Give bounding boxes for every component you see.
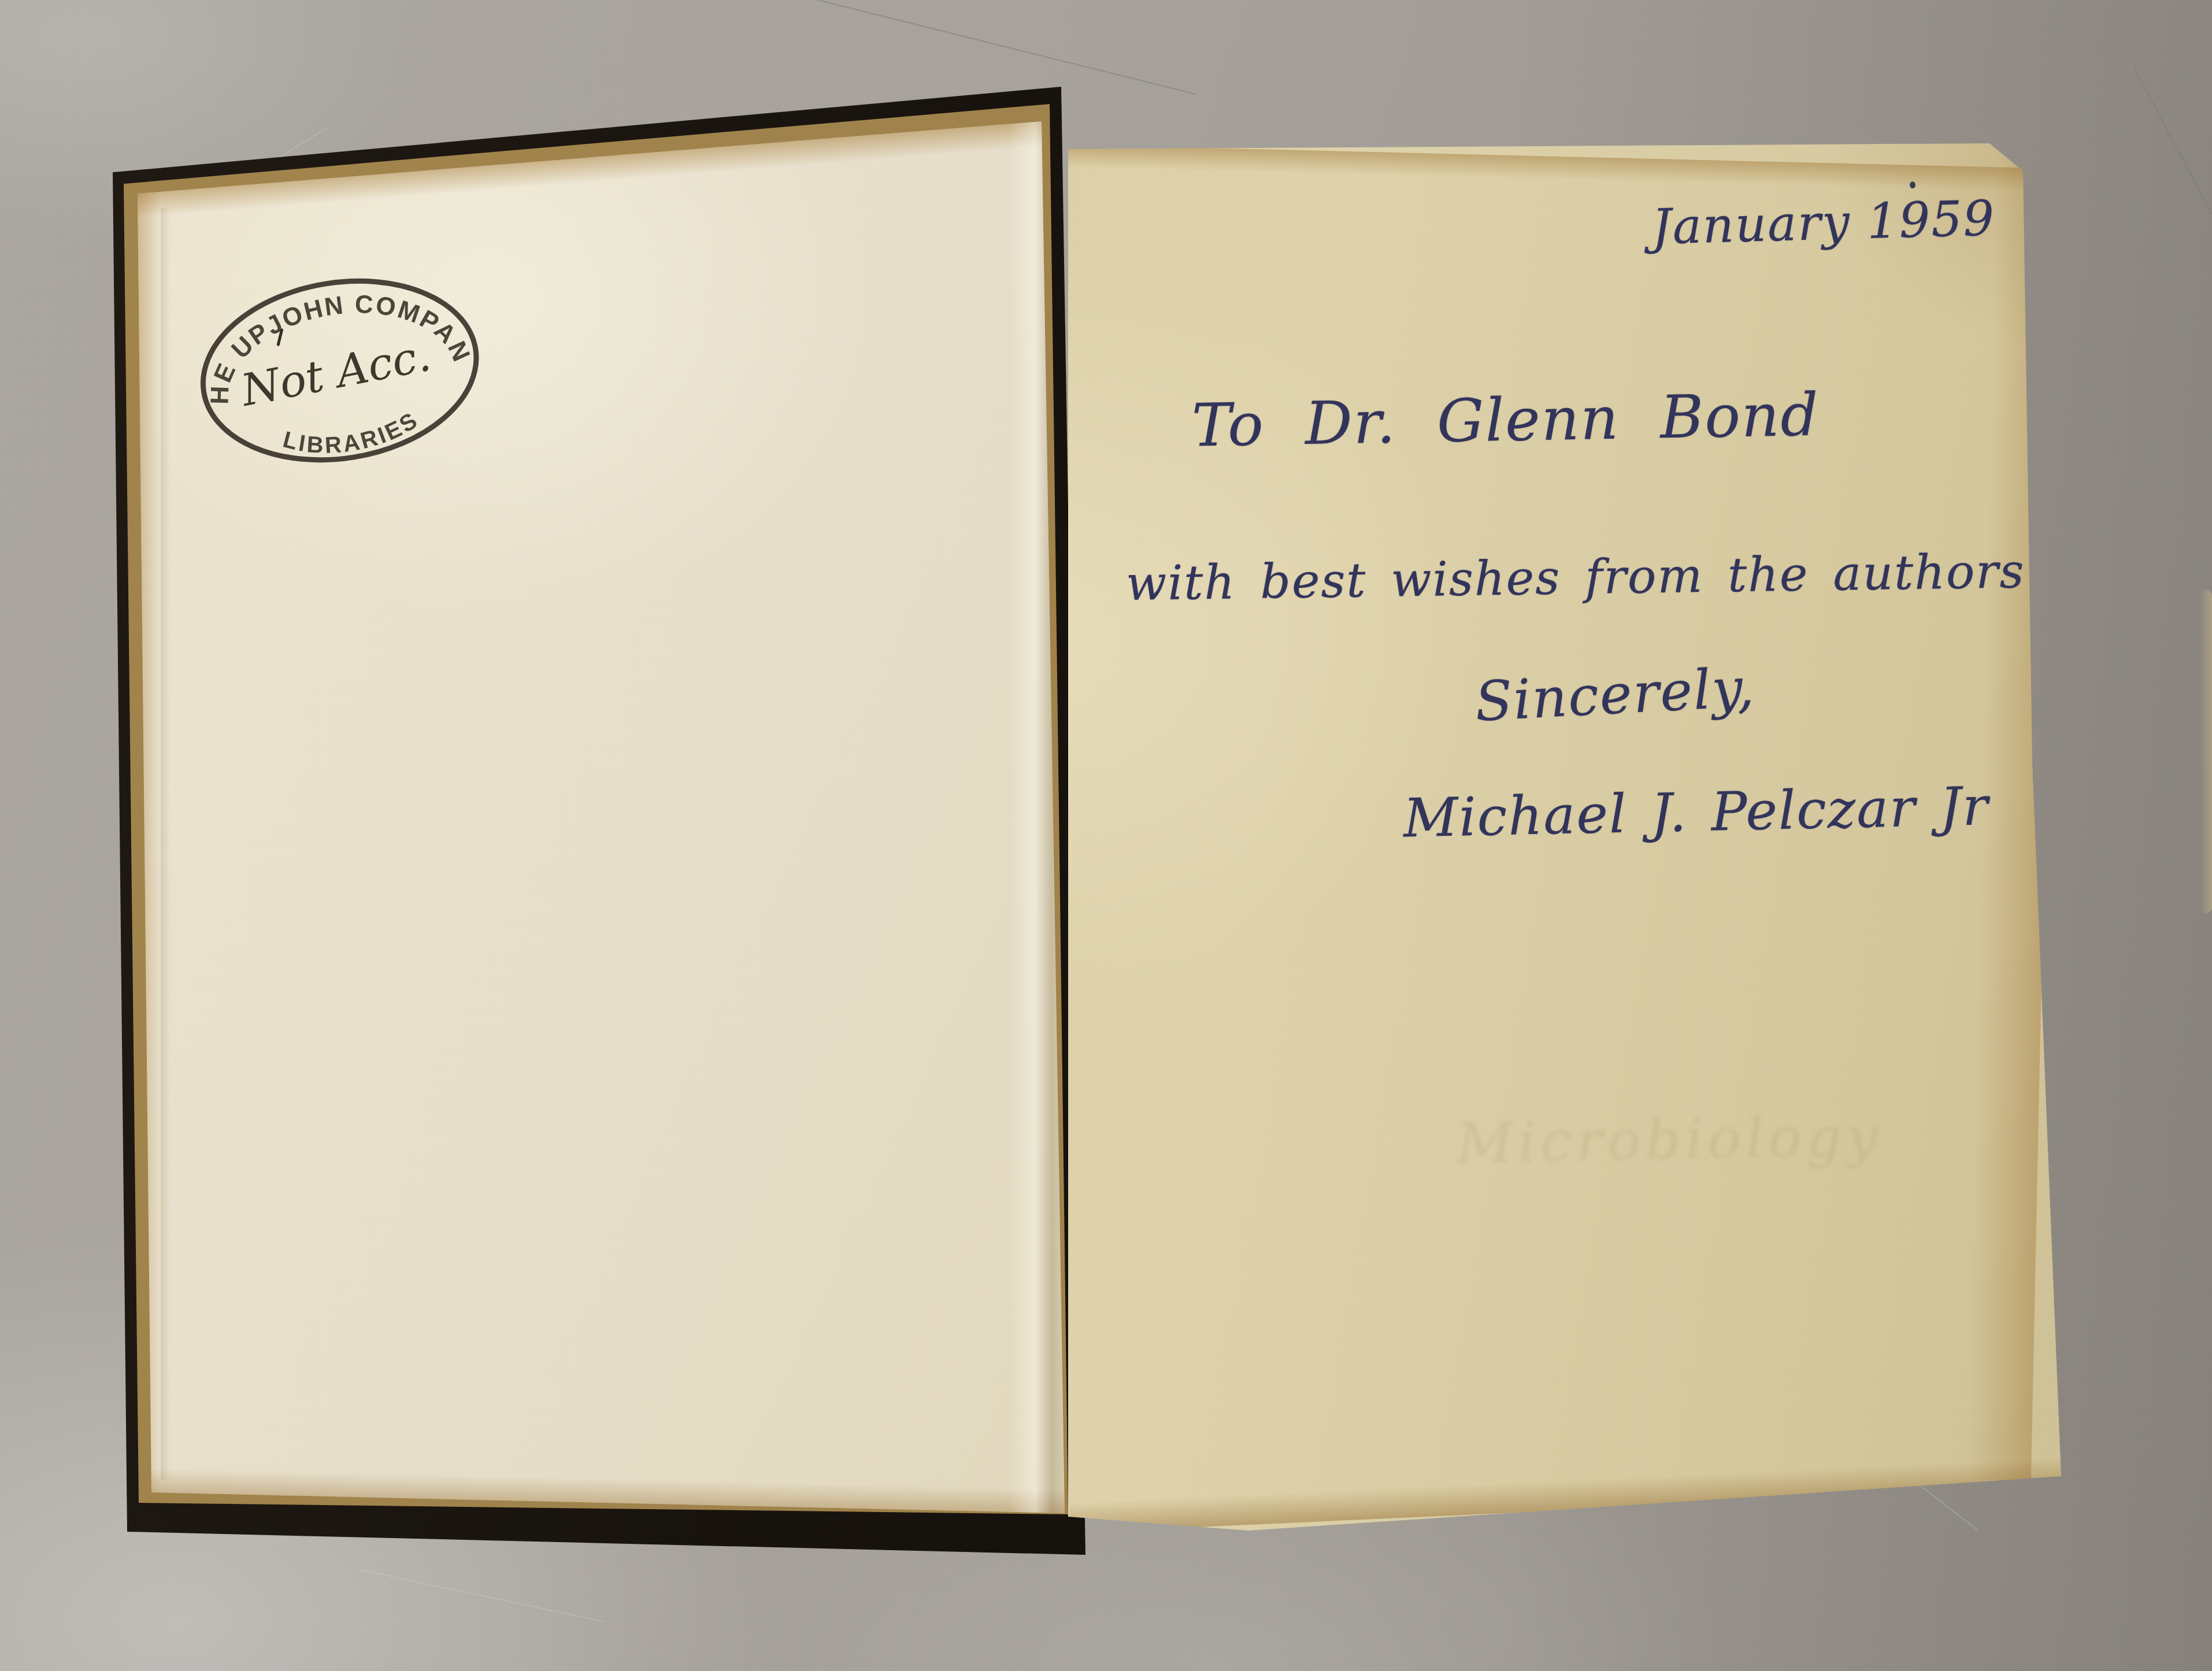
inscription-date: January 1959 — [1651, 190, 1996, 255]
stray-ink-dot — [1910, 181, 1915, 188]
library-stamp: THE UPJOHN COMPANY LIBRARIES Not Acc. — [182, 255, 497, 488]
inscription-dedication: To Dr. Glenn Bond — [1191, 381, 1820, 461]
inscription-signature: Michael J. Pelczar Jr — [1403, 775, 1989, 849]
inscription-closing: Sincerely, — [1473, 656, 1756, 733]
inscription-wishes: with best wishes from the authors — [1125, 544, 2025, 612]
adjacent-page-sliver — [2200, 590, 2212, 913]
show-through-title-text: Microbiology — [1456, 1104, 1883, 1176]
left-page-crease — [161, 208, 170, 1480]
photo-canvas: THE UPJOHN COMPANY LIBRARIES Not Acc. Mi… — [0, 0, 2212, 1671]
